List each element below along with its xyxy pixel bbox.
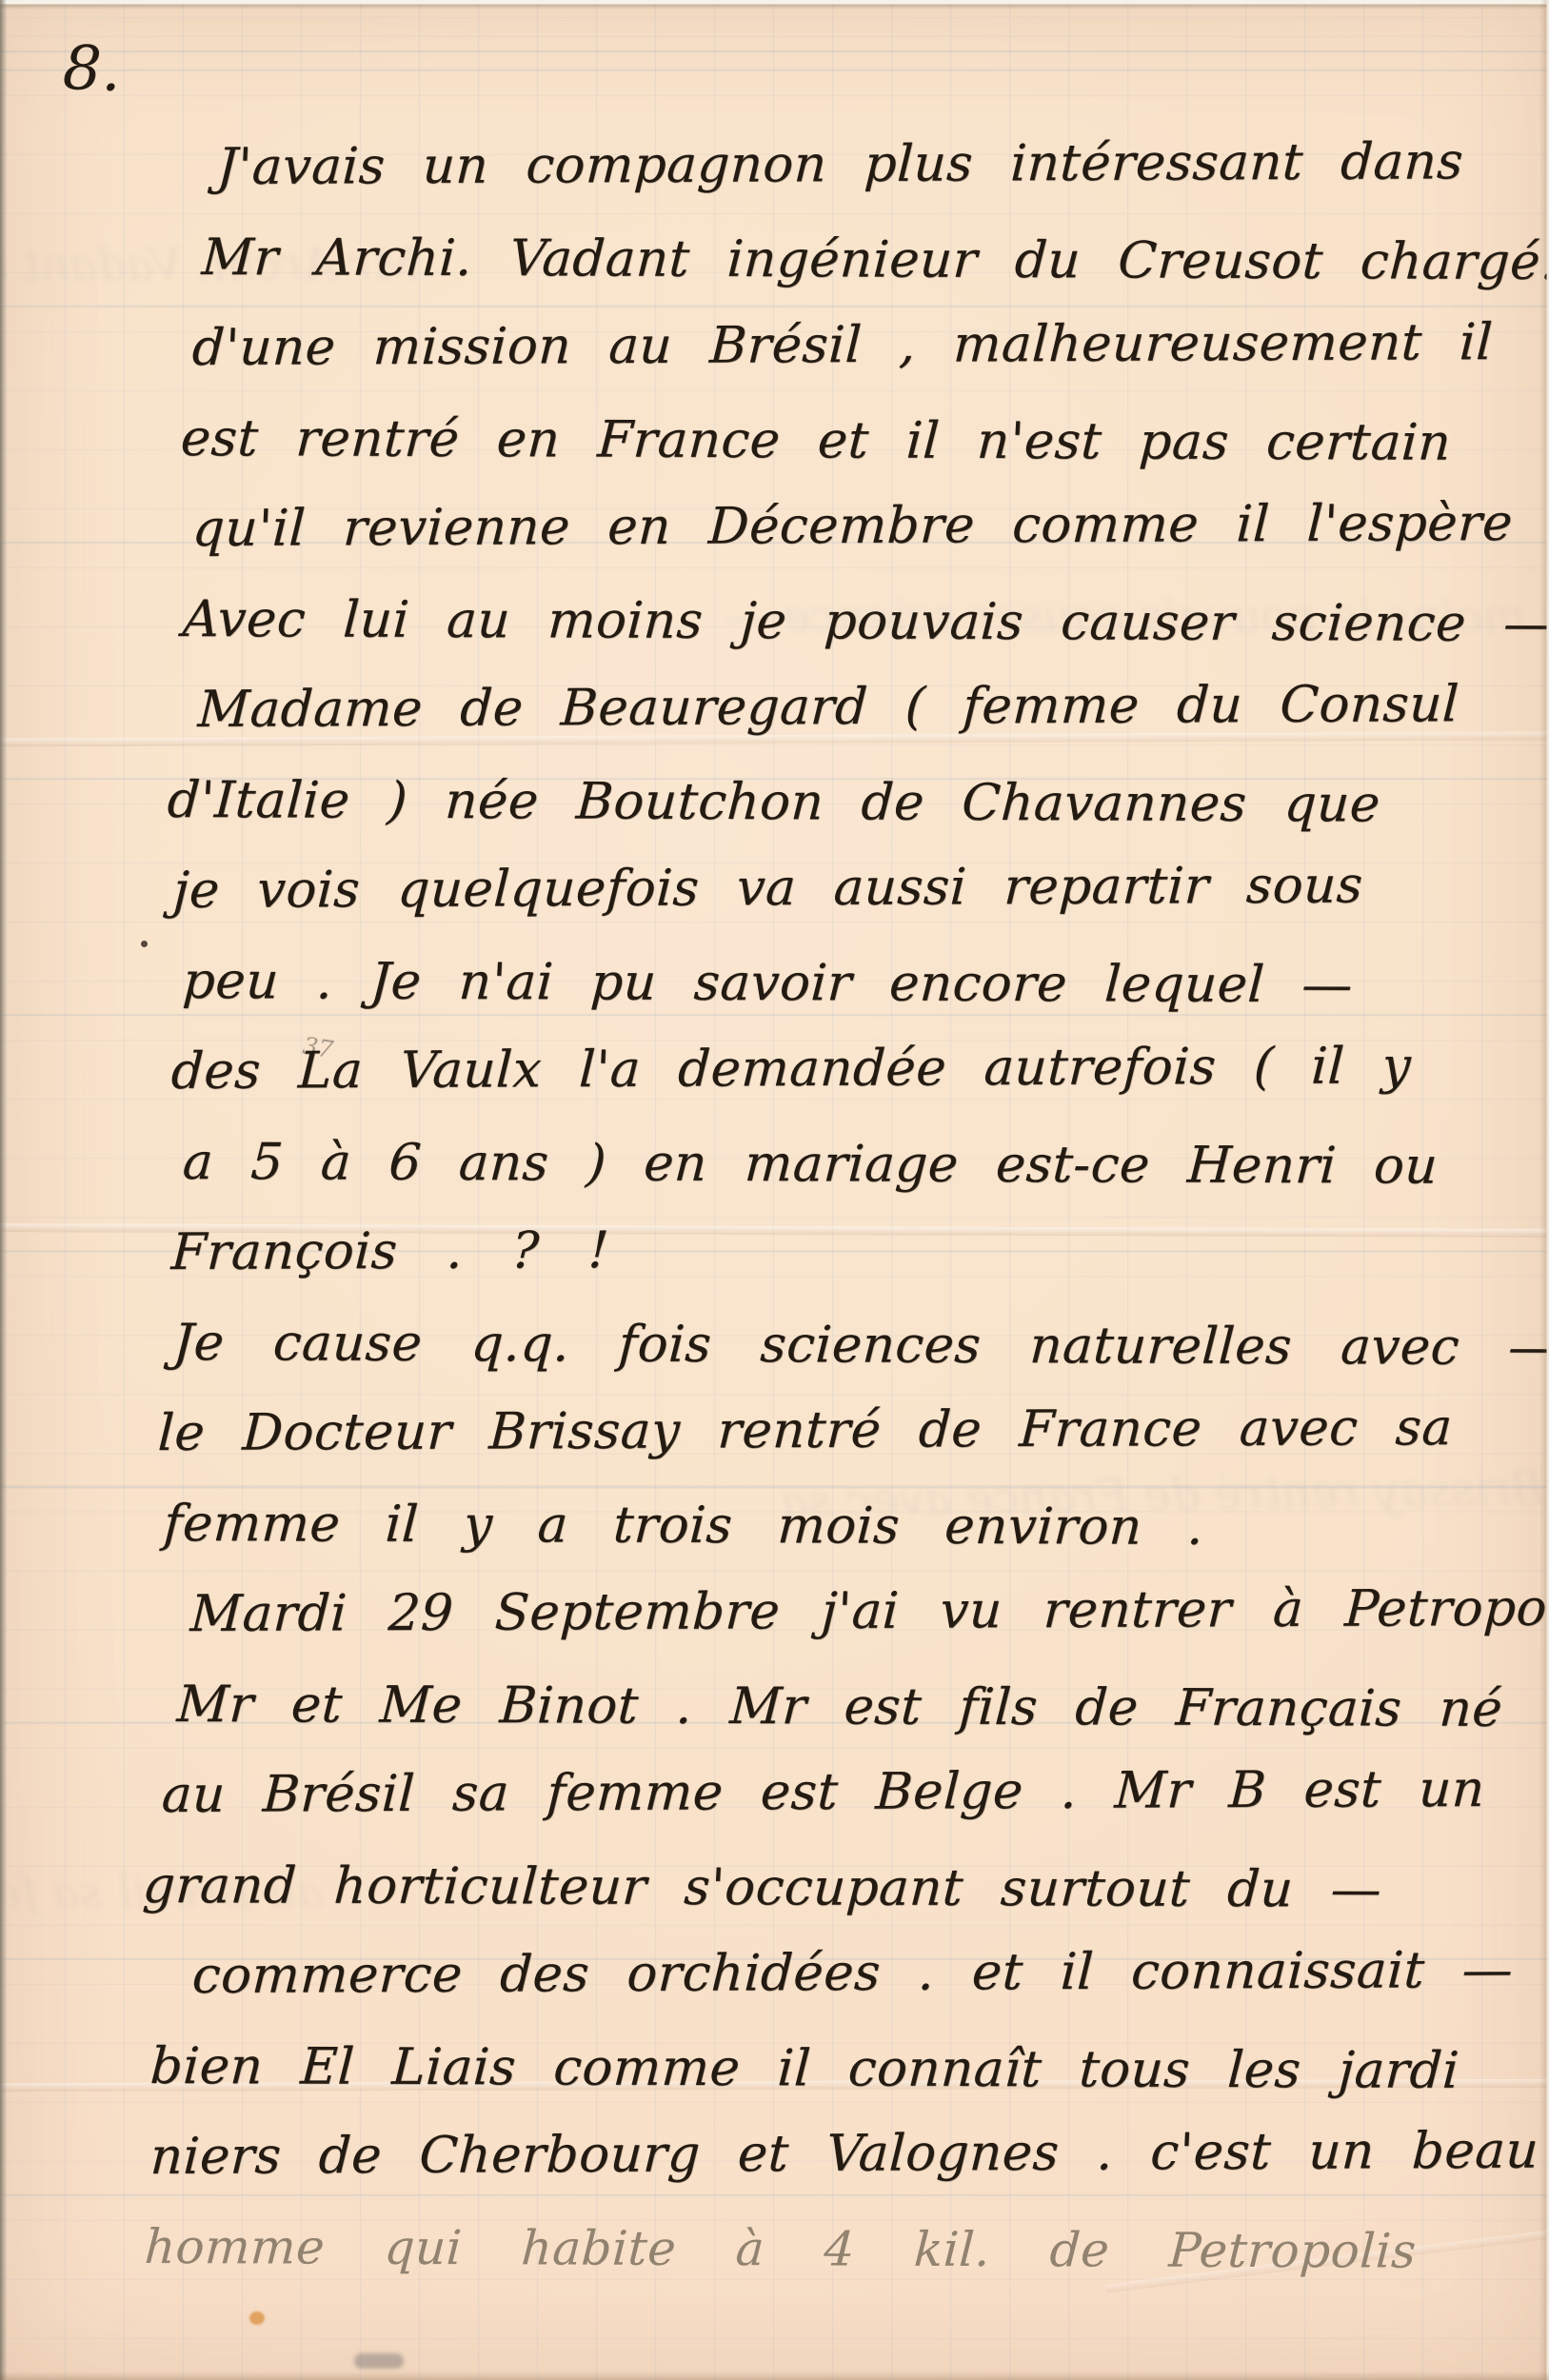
scan-edge [0, 0, 1549, 10]
letter-body: J'avais un compagnon plus intéressant da… [143, 122, 1511, 2292]
handwritten-line: au Brésil sa femme est Belge . Mr B est … [160, 1744, 1514, 1840]
handwritten-line: Je cause q.q. fois sciences naturelles a… [170, 1298, 1513, 1393]
handwritten-line: le Docteur Brissay rentré de France avec… [156, 1382, 1514, 1478]
paper-smudge [354, 2353, 404, 2369]
handwritten-line: Avec lui au moins je pouvais causer scie… [180, 574, 1513, 669]
handwritten-line: Madame de Beauregard ( femme du Consul [196, 659, 1514, 755]
scan-edge [1540, 0, 1549, 2380]
handwritten-line: grand horticulteur s'occupant surtout du… [140, 1840, 1513, 1935]
paper-stain [249, 2311, 265, 2325]
scan-edge [0, 2371, 1549, 2380]
handwritten-line: Mr Archi. Vadant ingénieur du Creusot ch… [199, 212, 1513, 307]
manuscript-scan: Mr Archi. Vadant ingénieur du Creusot ch… [0, 0, 1549, 2380]
handwritten-line: Mr et Me Binot . Mr est fils de Français… [174, 1659, 1513, 1755]
handwritten-line: commerce des orchidées . et il connaissa… [190, 1925, 1514, 2021]
handwritten-line: bien El Liais comme il connaît tous les … [148, 2021, 1513, 2116]
page-number: 8. [62, 33, 123, 106]
handwritten-line: qu'il revienne en Décembre comme il l'es… [190, 478, 1514, 574]
handwritten-line: François . ? ! [169, 1201, 1514, 1298]
handwritten-line: je vois quelquefois va aussi repartir so… [171, 840, 1514, 936]
handwritten-line: J'avais un compagnon plus intéressant da… [215, 116, 1514, 212]
handwritten-line: a 5 à 6 ans ) en mariage est-ce Henri ou [180, 1117, 1513, 1212]
handwritten-line-pencil: homme qui habite à 4 kil. de Petropolis [142, 2202, 1513, 2297]
handwritten-line: Mardi 29 Septembre j'ai vu rentrer à Pet… [189, 1563, 1514, 1659]
handwritten-line: d'Italie ) née Boutchon de Chavannes que [165, 755, 1513, 850]
scan-edge [0, 0, 7, 2380]
handwritten-line: peu . Je n'ai pu savoir encore lequel — [180, 936, 1513, 1031]
handwritten-line: femme il y a trois mois environ . [161, 1478, 1513, 1574]
handwritten-line: d'une mission au Brésil , malheureusemen… [190, 297, 1514, 393]
handwritten-line: niers de Cherbourg et Valognes . c'est u… [149, 2106, 1514, 2202]
handwritten-line: est rentré en France et il n'est pas cer… [178, 393, 1513, 488]
handwritten-line: des La Vaulx l'a demandée autrefois ( il… [169, 1021, 1514, 1117]
